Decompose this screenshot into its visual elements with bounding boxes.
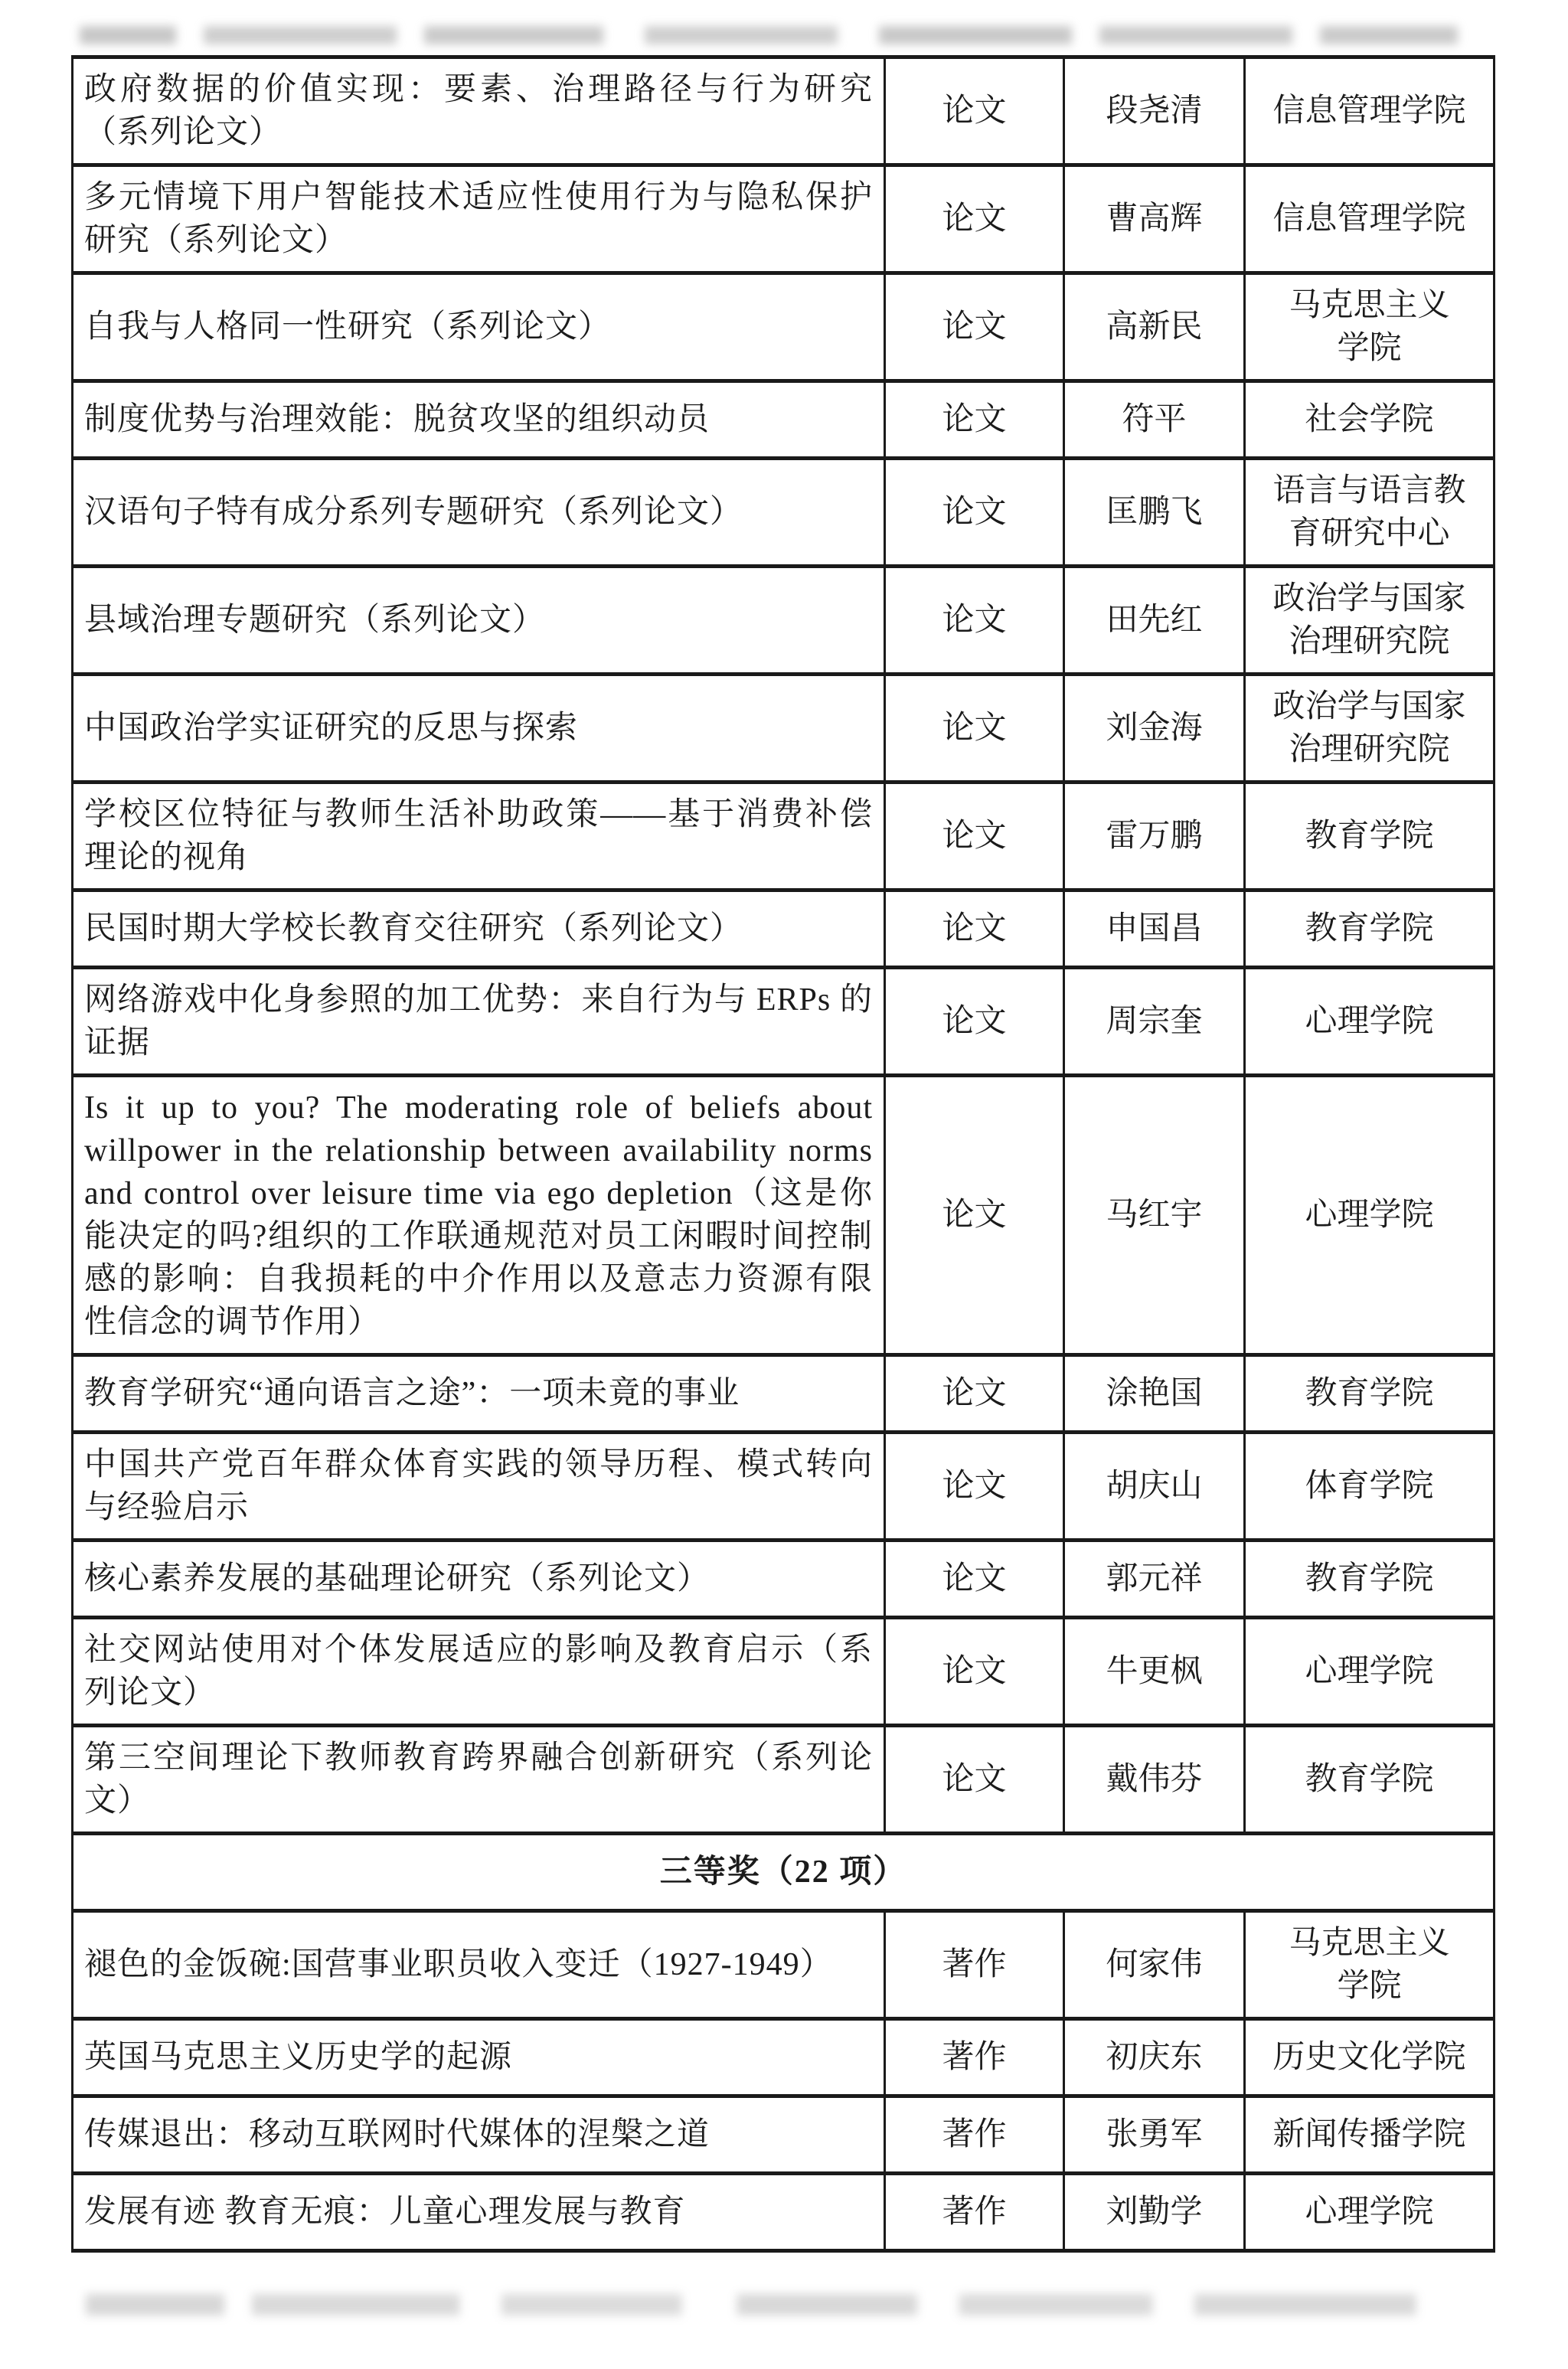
result-title-cell: 核心素养发展的基础理论研究（系列论文） xyxy=(73,1541,885,1618)
result-title-cell: Is it up to you? The moderating role of … xyxy=(73,1076,885,1355)
bottom-bleedthrough-artifact xyxy=(86,2294,1472,2315)
author-name-cell: 牛更枫 xyxy=(1064,1618,1245,1726)
college-name-cell: 历史文化学院 xyxy=(1245,2019,1494,2096)
award-row: 发展有迹 教育无痕：儿童心理发展与教育著作刘勤学心理学院 xyxy=(73,2174,1494,2251)
award-row: 英国马克思主义历史学的起源著作初庆东历史文化学院 xyxy=(73,2019,1494,2096)
result-category-cell: 论文 xyxy=(885,968,1064,1076)
college-name-cell: 政治学与国家 治理研究院 xyxy=(1245,675,1494,783)
college-name-cell: 教育学院 xyxy=(1245,1726,1494,1834)
author-name-cell: 刘金海 xyxy=(1064,675,1245,783)
author-name-cell: 郭元祥 xyxy=(1064,1541,1245,1618)
college-name-cell: 心理学院 xyxy=(1245,968,1494,1076)
result-title-cell: 褪色的金饭碗:国营事业职员收入变迁（1927-1949） xyxy=(73,1911,885,2019)
author-name-cell: 匡鹏飞 xyxy=(1064,459,1245,567)
award-row: 多元情境下用户智能技术适应性使用行为与隐私保护研究（系列论文）论文曹高辉信息管理… xyxy=(73,165,1494,273)
result-category-cell: 论文 xyxy=(885,381,1064,459)
award-row: 学校区位特征与教师生活补助政策——基于消费补偿理论的视角论文雷万鹏教育学院 xyxy=(73,783,1494,890)
result-category-cell: 论文 xyxy=(885,1355,1064,1433)
result-title-cell: 中国共产党百年群众体育实践的领导历程、模式转向与经验启示 xyxy=(73,1433,885,1541)
college-name-cell: 教育学院 xyxy=(1245,890,1494,968)
result-category-cell: 著作 xyxy=(885,1911,1064,2019)
college-name-cell: 教育学院 xyxy=(1245,783,1494,890)
college-name-cell: 政治学与国家 治理研究院 xyxy=(1245,567,1494,675)
result-title-cell: 英国马克思主义历史学的起源 xyxy=(73,2019,885,2096)
award-row: 褪色的金饭碗:国营事业职员收入变迁（1927-1949）著作何家伟马克思主义 学… xyxy=(73,1911,1494,2019)
result-title-cell: 民国时期大学校长教育交往研究（系列论文） xyxy=(73,890,885,968)
result-title-cell: 社交网站使用对个体发展适应的影响及教育启示（系列论文） xyxy=(73,1618,885,1726)
author-name-cell: 高新民 xyxy=(1064,273,1245,381)
author-name-cell: 马红宇 xyxy=(1064,1076,1245,1355)
result-title-cell: 教育学研究“通向语言之途”：一项未竟的事业 xyxy=(73,1355,885,1433)
result-title-cell: 政府数据的价值实现：要素、治理路径与行为研究（系列论文） xyxy=(73,57,885,165)
result-title-cell: 传媒退出：移动互联网时代媒体的涅槃之道 xyxy=(73,2096,885,2174)
award-row: 中国共产党百年群众体育实践的领导历程、模式转向与经验启示论文胡庆山体育学院 xyxy=(73,1433,1494,1541)
result-category-cell: 论文 xyxy=(885,1618,1064,1726)
award-row: 网络游戏中化身参照的加工优势：来自行为与 ERPs 的证据论文周宗奎心理学院 xyxy=(73,968,1494,1076)
college-name-cell: 马克思主义 学院 xyxy=(1245,1911,1494,2019)
award-row: 传媒退出：移动互联网时代媒体的涅槃之道著作张勇军新闻传播学院 xyxy=(73,2096,1494,2174)
result-title-cell: 多元情境下用户智能技术适应性使用行为与隐私保护研究（系列论文） xyxy=(73,165,885,273)
college-name-cell: 教育学院 xyxy=(1245,1541,1494,1618)
result-category-cell: 著作 xyxy=(885,2174,1064,2251)
result-category-cell: 论文 xyxy=(885,57,1064,165)
result-category-cell: 著作 xyxy=(885,2096,1064,2174)
award-row: 制度优势与治理效能：脱贫攻坚的组织动员论文符平社会学院 xyxy=(73,381,1494,459)
result-category-cell: 论文 xyxy=(885,459,1064,567)
college-name-cell: 心理学院 xyxy=(1245,1076,1494,1355)
college-name-cell: 社会学院 xyxy=(1245,381,1494,459)
result-category-cell: 论文 xyxy=(885,567,1064,675)
result-title-cell: 汉语句子特有成分系列专题研究（系列论文） xyxy=(73,459,885,567)
college-name-cell: 心理学院 xyxy=(1245,2174,1494,2251)
college-name-cell: 信息管理学院 xyxy=(1245,57,1494,165)
college-name-cell: 体育学院 xyxy=(1245,1433,1494,1541)
result-category-cell: 论文 xyxy=(885,783,1064,890)
award-row: 县域治理专题研究（系列论文）论文田先红政治学与国家 治理研究院 xyxy=(73,567,1494,675)
result-title-cell: 学校区位特征与教师生活补助政策——基于消费补偿理论的视角 xyxy=(73,783,885,890)
award-row: 中国政治学实证研究的反思与探索论文刘金海政治学与国家 治理研究院 xyxy=(73,675,1494,783)
college-name-cell: 心理学院 xyxy=(1245,1618,1494,1726)
college-name-cell: 马克思主义 学院 xyxy=(1245,273,1494,381)
author-name-cell: 涂艳国 xyxy=(1064,1355,1245,1433)
result-category-cell: 论文 xyxy=(885,1076,1064,1355)
result-title-cell: 县域治理专题研究（系列论文） xyxy=(73,567,885,675)
awards-table: 政府数据的价值实现：要素、治理路径与行为研究（系列论文）论文段尧清信息管理学院多… xyxy=(71,55,1495,2253)
award-row: 政府数据的价值实现：要素、治理路径与行为研究（系列论文）论文段尧清信息管理学院 xyxy=(73,57,1494,165)
award-row: 汉语句子特有成分系列专题研究（系列论文）论文匡鹏飞语言与语言教 育研究中心 xyxy=(73,459,1494,567)
result-category-cell: 论文 xyxy=(885,1541,1064,1618)
author-name-cell: 戴伟芬 xyxy=(1064,1726,1245,1834)
tier-header-row: 三等奖（22 项） xyxy=(73,1834,1494,1911)
awards-table-body: 政府数据的价值实现：要素、治理路径与行为研究（系列论文）论文段尧清信息管理学院多… xyxy=(73,57,1494,2251)
award-row: 民国时期大学校长教育交往研究（系列论文）论文申国昌教育学院 xyxy=(73,890,1494,968)
award-row: 核心素养发展的基础理论研究（系列论文）论文郭元祥教育学院 xyxy=(73,1541,1494,1618)
result-category-cell: 论文 xyxy=(885,165,1064,273)
author-name-cell: 雷万鹏 xyxy=(1064,783,1245,890)
college-name-cell: 教育学院 xyxy=(1245,1355,1494,1433)
result-category-cell: 论文 xyxy=(885,1726,1064,1834)
college-name-cell: 语言与语言教 育研究中心 xyxy=(1245,459,1494,567)
result-title-cell: 自我与人格同一性研究（系列论文） xyxy=(73,273,885,381)
result-title-cell: 制度优势与治理效能：脱贫攻坚的组织动员 xyxy=(73,381,885,459)
award-row: 第三空间理论下教师教育跨界融合创新研究（系列论文）论文戴伟芬教育学院 xyxy=(73,1726,1494,1834)
result-category-cell: 论文 xyxy=(885,675,1064,783)
result-title-cell: 网络游戏中化身参照的加工优势：来自行为与 ERPs 的证据 xyxy=(73,968,885,1076)
result-category-cell: 著作 xyxy=(885,2019,1064,2096)
award-row: 自我与人格同一性研究（系列论文）论文高新民马克思主义 学院 xyxy=(73,273,1494,381)
award-row: Is it up to you? The moderating role of … xyxy=(73,1076,1494,1355)
result-title-cell: 第三空间理论下教师教育跨界融合创新研究（系列论文） xyxy=(73,1726,885,1834)
author-name-cell: 段尧清 xyxy=(1064,57,1245,165)
result-category-cell: 论文 xyxy=(885,1433,1064,1541)
author-name-cell: 申国昌 xyxy=(1064,890,1245,968)
author-name-cell: 田先红 xyxy=(1064,567,1245,675)
author-name-cell: 符平 xyxy=(1064,381,1245,459)
college-name-cell: 信息管理学院 xyxy=(1245,165,1494,273)
result-category-cell: 论文 xyxy=(885,273,1064,381)
scanned-document-page: 政府数据的价值实现：要素、治理路径与行为研究（系列论文）论文段尧清信息管理学院多… xyxy=(0,0,1568,2369)
college-name-cell: 新闻传播学院 xyxy=(1245,2096,1494,2174)
author-name-cell: 何家伟 xyxy=(1064,1911,1245,2019)
author-name-cell: 刘勤学 xyxy=(1064,2174,1245,2251)
result-category-cell: 论文 xyxy=(885,890,1064,968)
author-name-cell: 周宗奎 xyxy=(1064,968,1245,1076)
author-name-cell: 初庆东 xyxy=(1064,2019,1245,2096)
top-bleedthrough-artifact xyxy=(80,26,1458,44)
result-title-cell: 发展有迹 教育无痕：儿童心理发展与教育 xyxy=(73,2174,885,2251)
award-row: 教育学研究“通向语言之途”：一项未竟的事业论文涂艳国教育学院 xyxy=(73,1355,1494,1433)
author-name-cell: 曹高辉 xyxy=(1064,165,1245,273)
author-name-cell: 胡庆山 xyxy=(1064,1433,1245,1541)
tier-header-label: 三等奖（22 项） xyxy=(73,1834,1494,1911)
author-name-cell: 张勇军 xyxy=(1064,2096,1245,2174)
result-title-cell: 中国政治学实证研究的反思与探索 xyxy=(73,675,885,783)
award-row: 社交网站使用对个体发展适应的影响及教育启示（系列论文）论文牛更枫心理学院 xyxy=(73,1618,1494,1726)
